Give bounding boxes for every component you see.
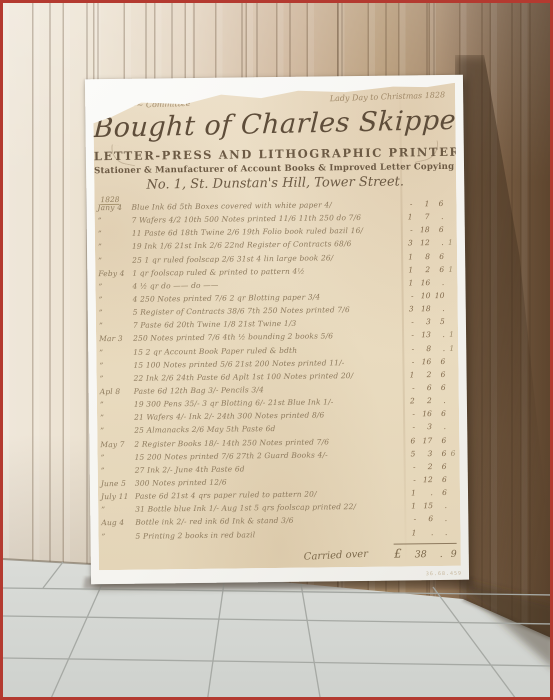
row-pounds: 1	[397, 265, 413, 274]
row-pounds: 1	[400, 488, 416, 497]
accession-mark: 36.68.459	[426, 571, 462, 577]
row-shillings: 2	[415, 396, 432, 405]
row-pounds: 3	[398, 304, 414, 313]
row-shillings: 2	[413, 265, 430, 274]
row-description: Bottle ink 2/- red ink 6d Ink & stand 3/…	[135, 515, 400, 527]
row-date: May 7	[100, 439, 134, 448]
mount-margin: ~~ ~~~ Committee Lady Day to Christmas 1…	[85, 75, 469, 585]
row-description: 31 Bottle blue Ink 1/- Aug 1st 5 qrs foo…	[135, 502, 400, 514]
row-date: ”	[98, 255, 132, 264]
billhead-document: ~~ ~~~ Committee Lady Day to Christmas 1…	[93, 83, 461, 570]
row-description: 11 Paste 6d 18th Twine 2/6 19th Folio bo…	[132, 226, 397, 238]
total-pence: 9	[443, 549, 457, 560]
row-tick: 1	[444, 265, 453, 274]
row-pounds: 1	[399, 370, 415, 379]
row-pounds: -	[400, 462, 416, 471]
row-date: June 5	[101, 479, 135, 488]
row-shillings: .	[416, 488, 433, 497]
row-shillings: 6	[415, 383, 432, 392]
row-date: ”	[98, 229, 132, 238]
row-pence: .	[431, 304, 445, 313]
row-tick: 1	[445, 343, 454, 352]
row-pence: 10	[431, 291, 445, 300]
row-date: Apl 8	[100, 387, 134, 396]
row-pence: 6	[433, 462, 447, 471]
row-description: 5 Printing 2 books in red bazil	[135, 528, 400, 540]
document-paper: ~~ ~~~ Committee Lady Day to Christmas 1…	[93, 83, 461, 570]
row-description: 19 Ink 1/6 21st Ink 2/6 22nd Register of…	[132, 239, 397, 251]
row-description: Paste 6d 12th Bag 3/- Pencils 3/4	[134, 383, 399, 395]
pound-sign: £	[394, 546, 402, 560]
row-description: Blue Ink 6d 5th Boxes covered with white…	[131, 200, 396, 212]
row-description: Paste 6d 21st 4 qrs paper ruled to patte…	[135, 489, 400, 501]
row-pounds: 2	[399, 396, 415, 405]
row-date: ”	[98, 242, 132, 251]
annotation-right: Lady Day to Christmas 1828	[330, 90, 446, 103]
row-date: ”	[99, 347, 133, 356]
row-date: ”	[99, 360, 133, 369]
row-pounds: -	[400, 515, 416, 524]
row-pounds: 1	[400, 502, 416, 511]
row-pence: 6	[431, 357, 445, 366]
row-date: ”	[100, 413, 134, 422]
row-description: 7 Wafers 4/2 10th 500 Notes printed 11/6…	[132, 213, 397, 225]
mount-board: ~~ ~~~ Committee Lady Day to Christmas 1…	[85, 75, 469, 585]
row-pence: 6	[430, 265, 444, 274]
row-pounds: -	[398, 318, 414, 327]
row-shillings: 18	[413, 225, 430, 234]
row-description: 1 qr foolscap ruled & printed to pattern…	[132, 265, 397, 277]
row-shillings: 13	[414, 331, 431, 340]
row-date: ”	[100, 374, 134, 383]
row-date: July 11	[101, 492, 135, 501]
row-pounds: -	[396, 199, 412, 208]
row-pence: .	[432, 396, 446, 405]
row-pence: 6	[432, 435, 446, 444]
row-tick: 1	[445, 330, 454, 339]
row-pence: 6	[432, 370, 446, 379]
row-description: 2 Register Books 18/- 14th 250 Notes pri…	[134, 436, 399, 448]
row-pounds: -	[399, 383, 415, 392]
row-description: 4 ½ qr do —— do ——	[132, 278, 397, 290]
total-shillings: .	[427, 549, 443, 560]
row-date: Jany 4	[97, 203, 131, 212]
row-pence: 6	[432, 409, 446, 418]
row-description: 7 Paste 6d 20th Twine 1/8 21st Twine 1/3	[133, 318, 398, 330]
row-date: ”	[99, 308, 133, 317]
row-pence: .	[433, 527, 447, 536]
row-shillings: 16	[413, 278, 430, 287]
row-pence: .	[432, 422, 446, 431]
row-description: 22 Ink 2/6 24th Paste 6d Aplt 1st 100 No…	[134, 370, 399, 382]
row-pounds: 1	[397, 212, 413, 221]
document-address: No. 1, St. Dunstan's Hill, Tower Street.	[94, 174, 456, 193]
row-pounds: 5	[399, 449, 415, 458]
row-shillings: 7	[413, 212, 430, 221]
row-pounds: -	[397, 226, 413, 235]
row-shillings: 6	[416, 514, 433, 523]
total-label: Carried over	[304, 549, 369, 563]
row-description: 250 Notes printed 7/6 4th ½ bounding 2 b…	[133, 331, 398, 343]
row-shillings: .	[416, 528, 433, 537]
total-amount: £ 38 . 9	[394, 543, 457, 561]
row-date: ”	[99, 321, 133, 330]
row-date: ”	[101, 531, 135, 540]
row-date: Aug 4	[101, 518, 135, 527]
row-shillings: 2	[416, 462, 433, 471]
row-shillings: 16	[414, 357, 431, 366]
row-pence: .	[433, 501, 447, 510]
row-date: ”	[99, 295, 133, 304]
row-tick: 1	[444, 238, 453, 247]
row-pounds: -	[398, 344, 414, 353]
row-pence: 6	[429, 199, 443, 208]
row-pounds: -	[398, 331, 414, 340]
document-subtitle-printer: LETTER-PRESS AND LITHOGRAPHIC PRINTER,	[94, 145, 456, 163]
row-description: 27 Ink 2/- June 4th Paste 6d	[135, 462, 400, 474]
ledger-total-row: Carried over £ 38 . 9	[99, 543, 457, 563]
row-pence: .	[430, 238, 444, 247]
row-pounds: -	[398, 291, 414, 300]
row-shillings: 3	[415, 423, 432, 432]
row-pounds: -	[400, 475, 416, 484]
row-shillings: 12	[416, 475, 433, 484]
row-date: ”	[100, 426, 134, 435]
row-description: 21 Wafers 4/- Ink 2/- 24th 300 Notes pri…	[134, 410, 399, 422]
photo-scene: ~~ ~~~ Committee Lady Day to Christmas 1…	[0, 0, 553, 700]
row-pence: 6	[432, 449, 446, 458]
row-pounds: 1	[397, 252, 413, 261]
row-pence: .	[430, 212, 444, 221]
ledger-rows: Jany 4 Blue Ink 6d 5th Boxes covered wit…	[97, 199, 456, 545]
row-pence: 6	[430, 252, 444, 261]
row-description: 15 2 qr Account Book Paper ruled & bdth	[133, 344, 398, 356]
row-description: 5 Register of Contracts 38/6 7th 250 Not…	[133, 305, 398, 317]
row-shillings: 10	[414, 291, 431, 300]
row-date: Feby 4	[98, 268, 132, 277]
row-shillings: 15	[416, 501, 433, 510]
row-pence: 6	[432, 383, 446, 392]
row-shillings: 18	[414, 304, 431, 313]
row-date: ”	[100, 452, 134, 461]
row-pence: 6	[433, 488, 447, 497]
row-shillings: 16	[415, 409, 432, 418]
row-pence: .	[431, 330, 445, 339]
row-pence: 6	[430, 225, 444, 234]
row-shillings: 2	[415, 370, 432, 379]
row-shillings: 1	[412, 199, 429, 208]
row-pounds: 6	[399, 436, 415, 445]
annotation-left: ~~ ~~~ Committee	[107, 99, 190, 111]
row-tick: 6	[446, 449, 455, 458]
row-date: ”	[101, 505, 135, 514]
row-shillings: 3	[415, 449, 432, 458]
row-description: 4 250 Notes printed 7/6 2 qr Blotting pa…	[133, 292, 398, 304]
row-date: ”	[101, 466, 135, 475]
row-shillings: 17	[415, 436, 432, 445]
row-pounds: -	[399, 423, 415, 432]
row-shillings: 12	[413, 239, 430, 248]
row-pence: .	[431, 343, 445, 352]
row-shillings: 8	[413, 252, 430, 261]
row-description: 300 Notes printed 12/6	[135, 475, 400, 487]
total-pounds: 38	[407, 549, 427, 560]
row-description: 25 Almanacks 2/6 May 5th Paste 6d	[134, 423, 399, 435]
row-shillings: 8	[414, 344, 431, 353]
row-pence: 6	[433, 475, 447, 484]
row-description: 19 300 Pens 35/- 3 qr Blotting 6/- 21st …	[134, 397, 399, 409]
row-pounds: 1	[400, 528, 416, 537]
row-description: 15 200 Notes printed 7/6 27th 2 Guard Bo…	[134, 449, 399, 461]
row-date: ”	[100, 400, 134, 409]
row-pence: 5	[431, 317, 445, 326]
row-pence: .	[430, 278, 444, 287]
row-date: ”	[98, 282, 132, 291]
row-description: 25 1 qr ruled foolscap 2/6 31st 4 lin la…	[132, 252, 397, 264]
row-shillings: 3	[414, 317, 431, 326]
row-pounds: -	[399, 410, 415, 419]
document-title: Bought of Charles Skipper.	[93, 105, 457, 144]
row-pounds: -	[398, 357, 414, 366]
row-pence: .	[433, 514, 447, 523]
row-date: Mar 3	[99, 334, 133, 343]
row-pounds: 3	[397, 239, 413, 248]
row-pounds: 1	[397, 278, 413, 287]
row-description: 15 100 Notes printed 5/6 21st 200 Notes …	[133, 357, 398, 369]
row-date: ”	[98, 216, 132, 225]
